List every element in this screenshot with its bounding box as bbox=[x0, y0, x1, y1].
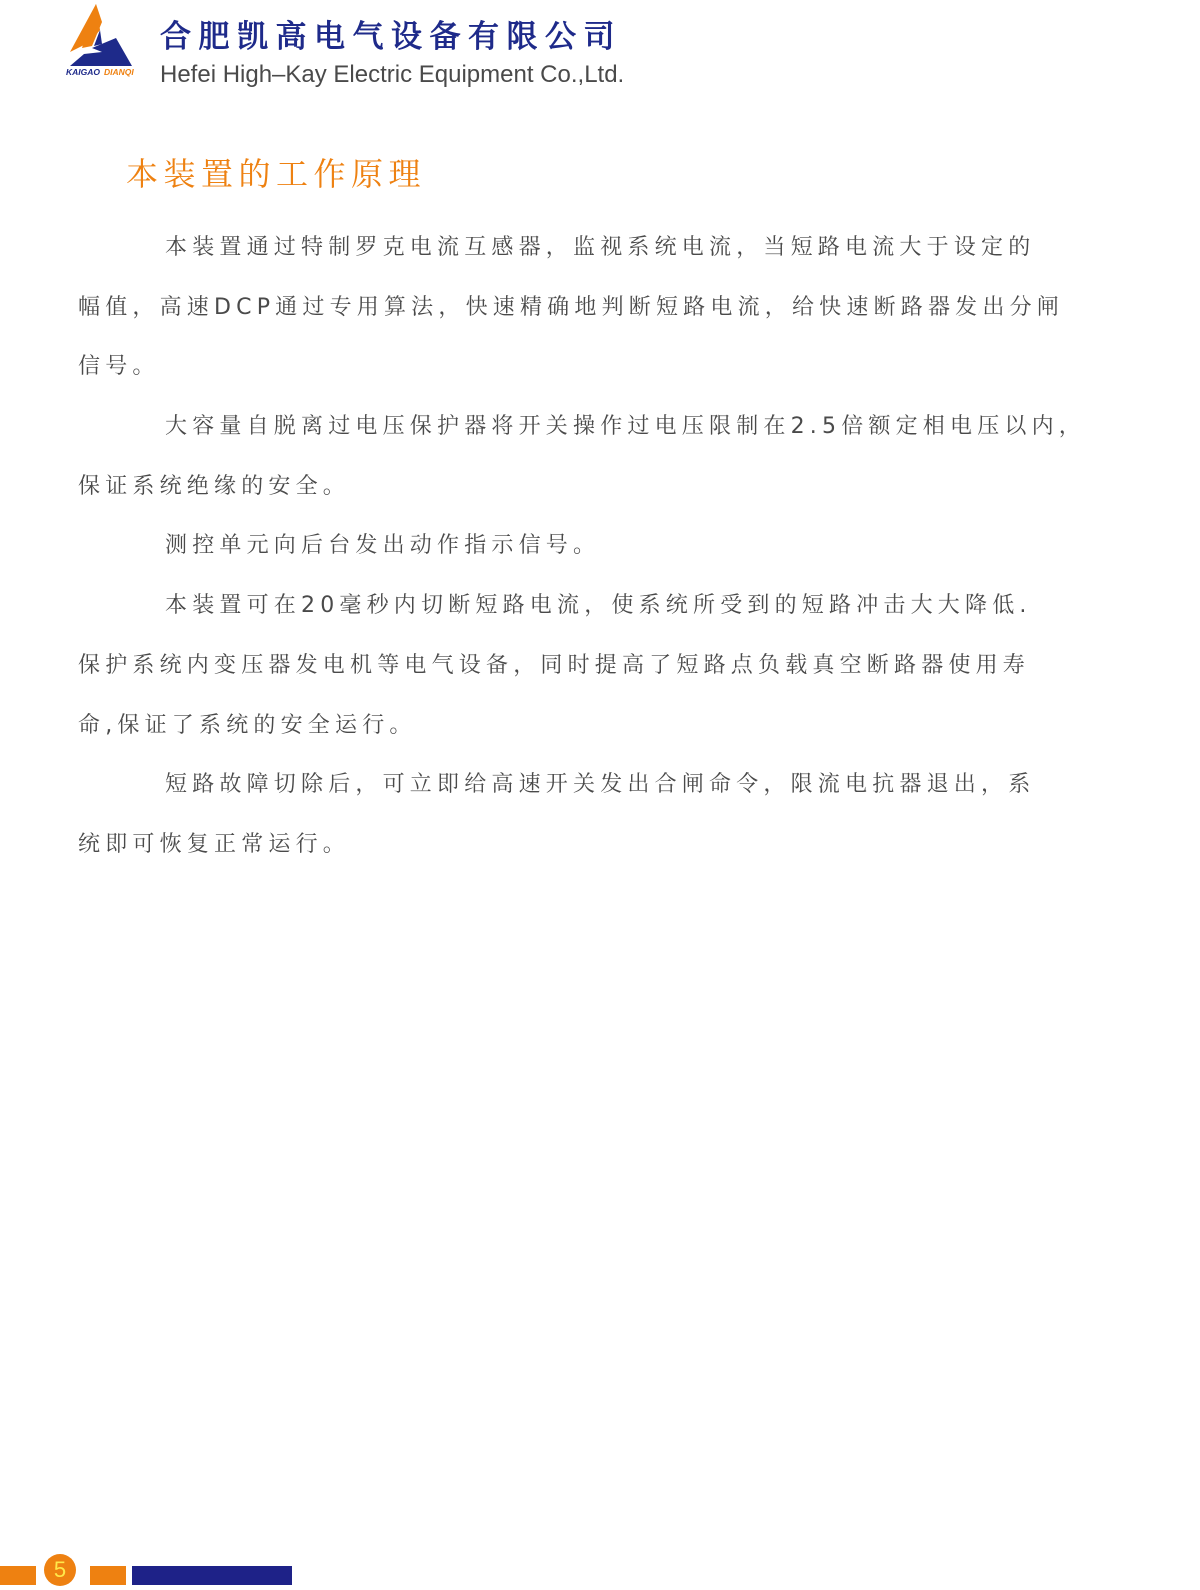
company-logo: KAIGAO DIANQI bbox=[62, 2, 140, 78]
page-footer: 5 bbox=[0, 1550, 1200, 1590]
company-name-cn: 合肥凯高电气设备有限公司 bbox=[160, 18, 622, 56]
footer-navy-bar bbox=[132, 1566, 292, 1585]
text-line: 大容量自脱离过电压保护器将开关操作过电压限制在2.5倍额定相电压以内， bbox=[78, 407, 1058, 467]
text-line: 信号。 bbox=[78, 347, 1058, 407]
text-line: 命,保证了系统的安全运行。 bbox=[78, 706, 1058, 766]
logo-text-dianqi: DIANQI bbox=[104, 67, 134, 77]
company-name-en: Hefei High–Kay Electric Equipment Co.,Lt… bbox=[160, 60, 624, 90]
kaigao-triangle-logo-icon: KAIGAO DIANQI bbox=[62, 2, 140, 78]
text-line: 测控单元向后台发出动作指示信号。 bbox=[78, 526, 1058, 586]
text-line: 本装置通过特制罗克电流互感器，监视系统电流，当短路电流大于设定的 bbox=[78, 228, 1058, 288]
footer-orange-bar-left bbox=[0, 1566, 36, 1585]
page-number-badge: 5 bbox=[44, 1554, 76, 1586]
logo-text-kaigao: KAIGAO bbox=[66, 67, 100, 77]
text-line: 短路故障切除后，可立即给高速开关发出合闸命令，限流电抗器退出，系 bbox=[78, 765, 1058, 825]
text-line: 统即可恢复正常运行。 bbox=[78, 825, 1058, 885]
footer-orange-bar-right bbox=[90, 1566, 126, 1585]
text-line: 保护系统内变压器发电机等电气设备，同时提高了短路点负载真空断路器使用寿 bbox=[78, 646, 1058, 706]
text-line: 幅值，高速DCP通过专用算法，快速精确地判断短路电流，给快速断路器发出分闸 bbox=[78, 288, 1058, 348]
page-header: KAIGAO DIANQI 合肥凯高电气设备有限公司 Hefei High–Ka… bbox=[0, 0, 1200, 100]
section-title: 本装置的工作原理 bbox=[126, 152, 426, 196]
text-line: 本装置可在20毫秒内切断短路电流，使系统所受到的短路冲击大大降低. bbox=[78, 586, 1058, 646]
body-text: 本装置通过特制罗克电流互感器，监视系统电流，当短路电流大于设定的 幅值，高速DC… bbox=[78, 228, 1058, 885]
text-line: 保证系统绝缘的安全。 bbox=[78, 467, 1058, 527]
